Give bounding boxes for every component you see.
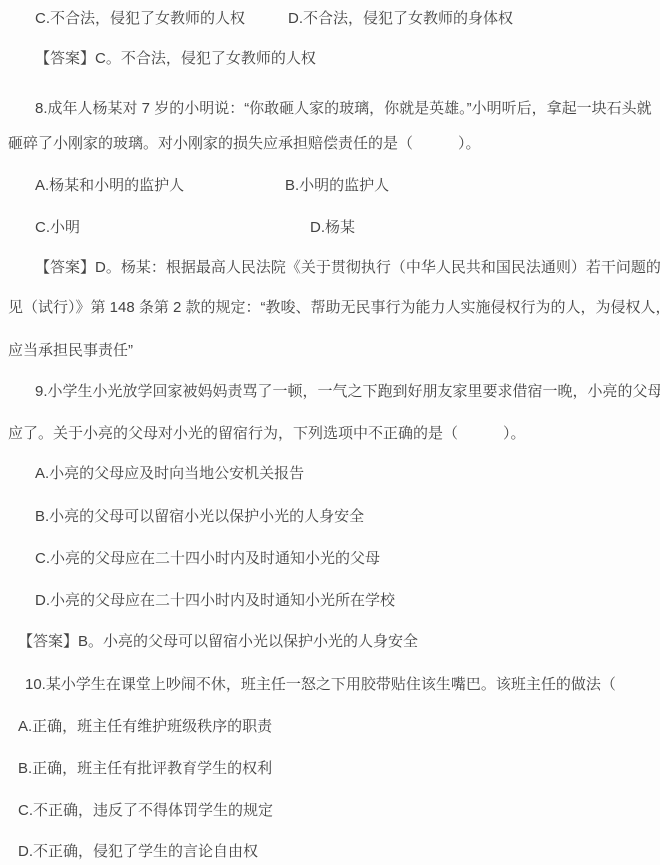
q8-option-a: A.杨某和小明的监护人: [35, 175, 184, 196]
q8-option-b: B.小明的监护人: [285, 175, 389, 196]
q7-option-d: D.不合法，侵犯了女教师的身体权: [288, 8, 513, 29]
q9-stem-line2-text: 应了。关于小亮的父母对小光的留宿行为，下列选项中不正确的是（ ）。: [8, 423, 526, 444]
q7-answer-text: 【答案】C。不合法，侵犯了女教师的人权: [35, 48, 316, 69]
q8-stem-line2-text: 砸碎了小刚家的玻璃。对小刚家的损失应承担赔偿责任的是（ ）。: [8, 133, 481, 154]
q8-answer-line2-text: 见（试行）》第 148 条第 2 款的规定：“教唆、帮助无民事行为能力人实施侵权…: [8, 297, 660, 318]
q8-option-c: C.小明: [35, 217, 80, 238]
q9-stem-line1-text: 9.小学生小光放学回家被妈妈责骂了一顿，一气之下跑到好朋友家里要求借宿一晚，小亮…: [35, 381, 660, 402]
q10-option-c-text: C.不正确，违反了不得体罚学生的规定: [18, 800, 273, 821]
q10-option-a-text: A.正确，班主任有维护班级秩序的职责: [18, 716, 272, 737]
q9-answer-text: 【答案】B。小亮的父母可以留宿小光以保护小光的人身安全: [18, 631, 418, 652]
q10-stem-text: 10.某小学生在课堂上吵闹不休，班主任一怒之下用胶带贴住该生嘴巴。该班主任的做法…: [25, 674, 660, 695]
q8-answer-line3-text: 应当承担民事责任”: [8, 340, 133, 361]
q9-option-d-text: D.小亮的父母应在二十四小时内及时通知小光所在学校: [35, 590, 395, 611]
q8-option-d: D.杨某: [310, 217, 355, 238]
q9-option-c-text: C.小亮的父母应在二十四小时内及时通知小光的父母: [35, 548, 380, 569]
q8-stem-line1-text: 8.成年人杨某对 7 岁的小明说：“你敢砸人家的玻璃，你就是英雄。”小明听后，拿…: [35, 98, 652, 119]
q10-option-b-text: B.正确，班主任有批评教育学生的权利: [18, 758, 272, 779]
q9-option-a-text: A.小亮的父母应及时向当地公安机关报告: [35, 463, 304, 484]
q9-option-b-text: B.小亮的父母可以留宿小光以保护小光的人身安全: [35, 506, 364, 527]
q7-option-c: C.不合法，侵犯了女教师的人权: [35, 8, 245, 29]
q8-answer-line1-text: 【答案】D。杨某：根据最高人民法院《关于贯彻执行（中华人民共和国民法通则）若干问…: [35, 257, 660, 278]
exam-document-page: C.不合法，侵犯了女教师的人权 D.不合法，侵犯了女教师的身体权 【答案】C。不…: [0, 0, 660, 865]
q10-option-d-text: D.不正确，侵犯了学生的言论自由权: [18, 841, 258, 862]
